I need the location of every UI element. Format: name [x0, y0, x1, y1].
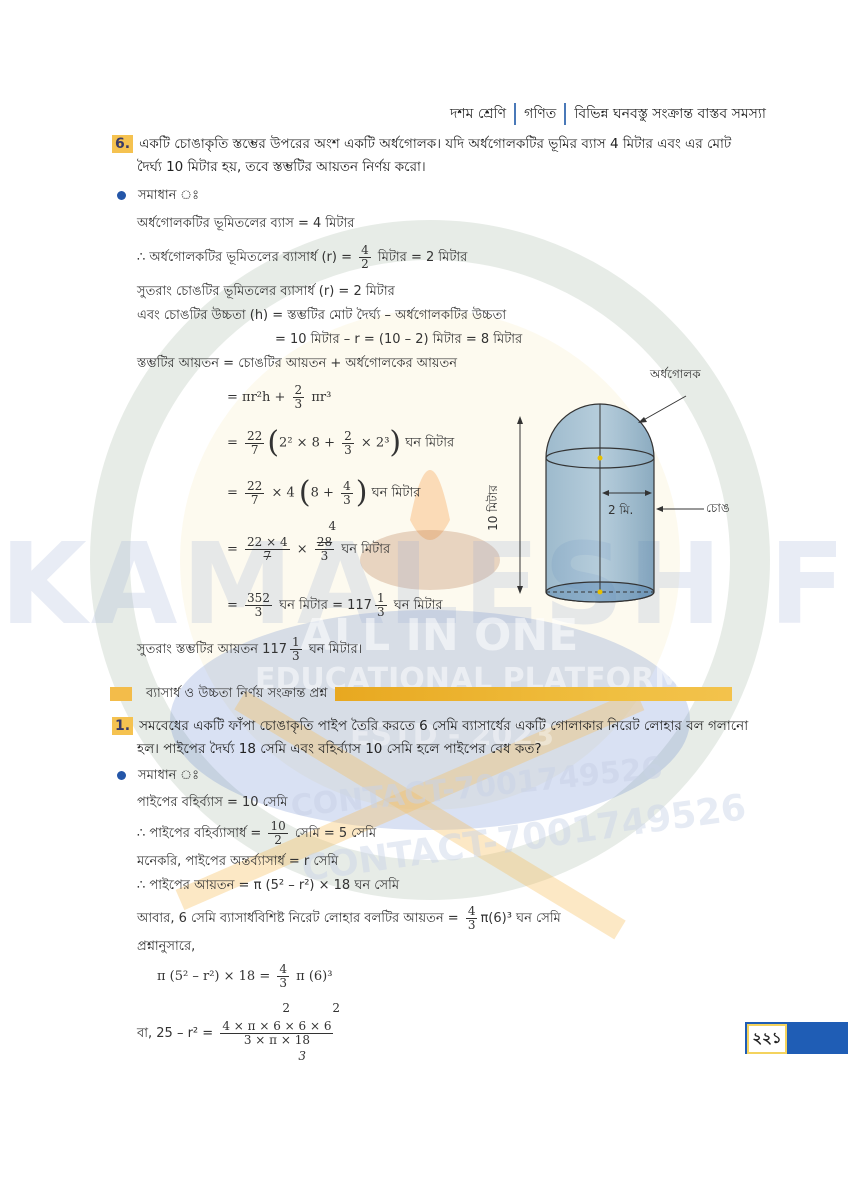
solution-line: আবার, 6 সেমি ব্যাসার্ধবিশিষ্ট নিরেট লোহা…	[137, 905, 561, 932]
question-number-badge: 6.	[112, 135, 133, 153]
section-title: ব্যাসার্ধ ও উচ্চতা নির্ণয় সংক্রান্ত প্র…	[146, 684, 327, 705]
equation-step-1: = πr²h + 23 πr³	[227, 384, 331, 411]
label-cylinder: চোঙ	[706, 500, 730, 520]
solution-line: স্তম্ভটির আয়তন = চোঙটির আয়তন + অর্ধগোল…	[137, 354, 457, 375]
equation-step-3: = 227 × 4 (8 + 43) ঘন মিটার	[227, 478, 420, 508]
cylinder-hemisphere-diagram: অর্ধগোলক চোঙ 10 মিটার 2 মি.	[490, 362, 750, 612]
section-bar-fill	[335, 687, 732, 701]
solution-heading: সমাধান ঃ	[117, 186, 199, 207]
solution-line: পাইপের বহির্ব্যাস = 10 সেমি	[137, 793, 287, 814]
solution-line: মনেকরি, পাইপের অন্তর্ব্যাসার্ধ = r সেমি	[137, 852, 338, 873]
question-text: একটি চোঙাকৃতি স্তম্ভের উপরের অংশ একটি অর…	[139, 136, 731, 152]
solution-line: এবং চোঙটির উচ্চতা (h) = স্তম্ভটির মোট দৈ…	[137, 306, 506, 327]
page-header: দশম শ্রেণি গণিত বিভিন্ন ঘনবস্তু সংক্রান্…	[450, 102, 766, 126]
bullet-icon	[117, 191, 126, 200]
page-number: ২২১	[747, 1024, 787, 1054]
question-number-badge: 1.	[112, 717, 133, 735]
question-1-line2: হল। পাইপের দৈর্ঘ্য 18 সেমি এবং বহির্ব্যা…	[137, 735, 542, 763]
equation-line: বা, 25 – r² = 4 × π × 6 × 6 × 6 3 × π × …	[137, 1020, 336, 1047]
conclusion-line: সুতরাং স্তম্ভটির আয়তন 11713 ঘন মিটার।	[137, 636, 362, 663]
header-class: দশম শ্রেণি	[450, 102, 506, 126]
header-chapter: বিভিন্ন ঘনবস্তু সংক্রান্ত বাস্তব সমস্যা	[574, 102, 766, 126]
solution-line: ∴ পাইপের আয়তন = π (5² – r²) × 18 ঘন সেম…	[137, 876, 399, 897]
question-6-line2: দৈর্ঘ্য 10 মিটার হয়, তবে স্তম্ভটির আয়ত…	[137, 153, 426, 181]
solution-line: ∴ অর্ধগোলকটির ভূমিতলের ব্যাসার্ধ (r) = 4…	[137, 244, 467, 271]
header-divider	[564, 103, 566, 125]
bullet-icon	[117, 771, 126, 780]
solution-line: প্রশ্নানুসারে,	[137, 937, 195, 958]
header-divider	[514, 103, 516, 125]
label-radius: 2 মি.	[608, 502, 633, 522]
solution-line: অর্ধগোলকটির ভূমিতলের ব্যাস = 4 মিটার	[137, 214, 354, 235]
equation-step-2: = 227(2² × 8 + 23 × 2³) ঘন মিটার	[227, 428, 454, 458]
section-marker-icon	[110, 687, 132, 701]
solution-heading: সমাধান ঃ	[117, 766, 199, 787]
label-height: 10 মিটার	[485, 485, 505, 531]
label-hemisphere: অর্ধগোলক	[650, 366, 701, 386]
solution-line: সুতরাং চোঙটির ভূমিতলের ব্যাসার্ধ (r) = 2…	[137, 282, 395, 303]
equation-step-4: = 22 × 47 × 2834 ঘন মিটার	[227, 536, 390, 563]
equation-line: π (5² – r²) × 18 = 43 π (6)³	[157, 963, 332, 990]
question-text: সমবেধের একটি ফাঁপা চোঙাকৃতি পাইপ তৈরি কর…	[139, 718, 748, 734]
equation-step-5: = 3523 ঘন মিটার = 11713 ঘন মিটার	[227, 592, 443, 619]
section-heading: ব্যাসার্ধ ও উচ্চতা নির্ণয় সংক্রান্ত প্র…	[110, 685, 732, 703]
header-subject: গণিত	[524, 102, 556, 126]
solution-line: ∴ পাইপের বহির্ব্যাসার্ধ = 102 সেমি = 5 স…	[137, 820, 376, 847]
solution-line: = 10 মিটার – r = (10 – 2) মিটার = 8 মিটা…	[275, 330, 522, 351]
